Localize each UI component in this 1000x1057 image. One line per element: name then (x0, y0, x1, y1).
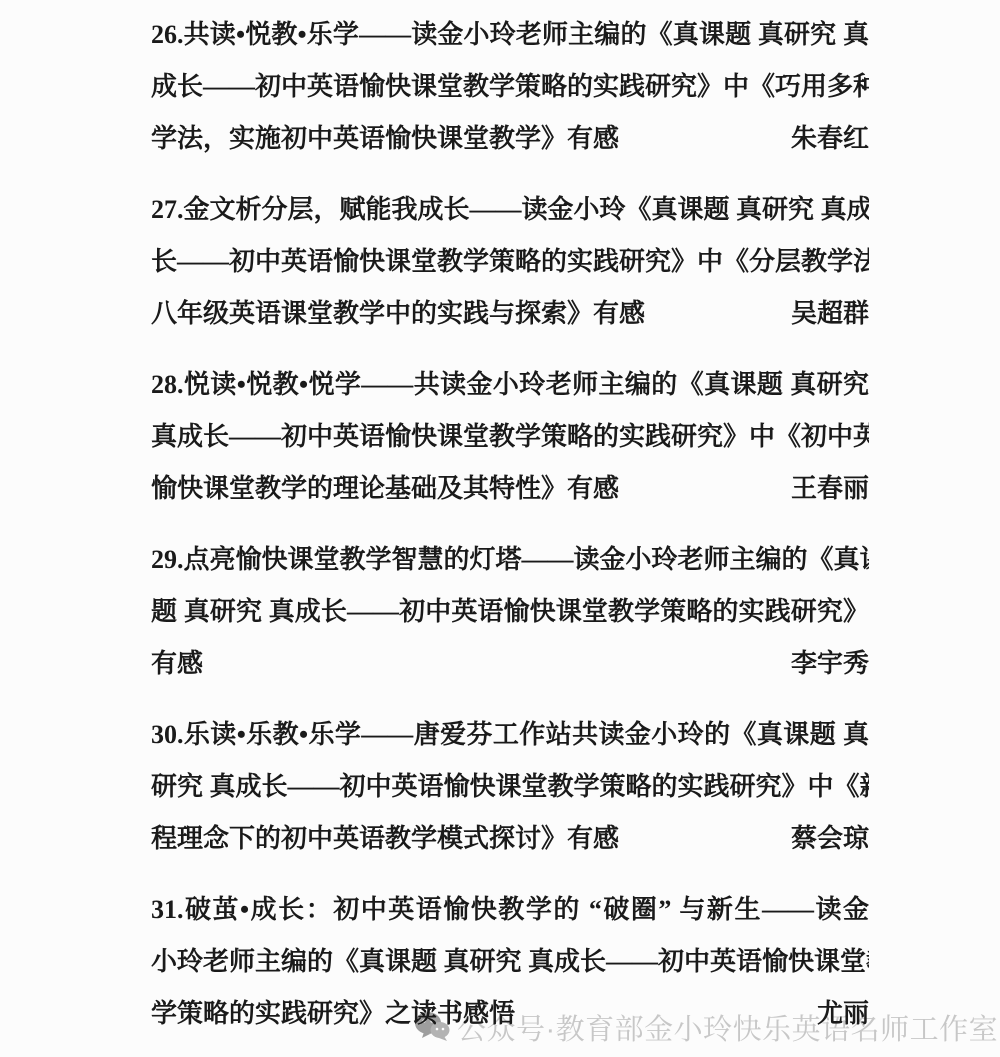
list-item: 26.共读•悦教•乐学——读金小玲老师主编的《真课题 真研究 真成长——初中英语… (151, 9, 869, 165)
entry-line: 28.悦读•悦教•悦学——共读金小玲老师主编的《真课题 真研究 (151, 359, 869, 411)
list-item: 27.金文析分层，赋能我成长——读金小玲《真课题 真研究 真成长——初中英语愉快… (151, 184, 869, 340)
entry-last-line: 程理念下的初中英语教学模式探讨》有感蔡会琼 (151, 813, 869, 865)
list-item: 31.破茧•成长：初中英语愉快教学的 “破圈” 与新生——读金小玲老师主编的《真… (151, 884, 869, 1040)
entry-line: 31.破茧•成长：初中英语愉快教学的 “破圈” 与新生——读金 (151, 884, 869, 936)
entry-last-line: 八年级英语课堂教学中的实践与探索》有感吴超群 (151, 288, 869, 340)
entry-last-line: 学策略的实践研究》之读书感悟尤丽 (151, 988, 869, 1040)
entry-last-line: 学法，实施初中英语愉快课堂教学》有感朱春红 (151, 113, 869, 165)
entry-line: 真成长——初中英语愉快课堂教学策略的实践研究》中《初中英语 (151, 411, 869, 463)
list-item: 30.乐读•乐教•乐学——唐爱芬工作站共读金小玲的《真课题 真研究 真成长——初… (151, 709, 869, 865)
entry-author: 王春丽 (791, 463, 869, 515)
entry-line: 26.共读•悦教•乐学——读金小玲老师主编的《真课题 真研究 真 (151, 9, 869, 61)
entry-title-end: 程理念下的初中英语教学模式探讨》有感 (151, 813, 619, 865)
entries: 26.共读•悦教•乐学——读金小玲老师主编的《真课题 真研究 真成长——初中英语… (151, 9, 869, 1057)
entry-line: 题 真研究 真成长——初中英语愉快课堂教学策略的实践研究》 (151, 586, 869, 638)
entry-line: 小玲老师主编的《真课题 真研究 真成长——初中英语愉快课堂教 (151, 936, 869, 988)
entry-last-line: 愉快课堂教学的理论基础及其特性》有感王春丽 (151, 463, 869, 515)
entry-title-end: 有感 (151, 638, 203, 690)
entry-line: 29.点亮愉快课堂教学智慧的灯塔——读金小玲老师主编的《真课 (151, 534, 869, 586)
entry-line: 研究 真成长——初中英语愉快课堂教学策略的实践研究》中《新课 (151, 761, 869, 813)
entry-line: 成长——初中英语愉快课堂教学策略的实践研究》中《巧用多种教 (151, 61, 869, 113)
entry-author: 李宇秀 (791, 638, 869, 690)
entry-line: 长——初中英语愉快课堂教学策略的实践研究》中《分层教学法在 (151, 236, 869, 288)
entry-line: 27.金文析分层，赋能我成长——读金小玲《真课题 真研究 真成 (151, 184, 869, 236)
entry-author: 朱春红 (791, 113, 869, 165)
entry-author: 尤丽 (817, 988, 869, 1040)
entry-title-end: 愉快课堂教学的理论基础及其特性》有感 (151, 463, 619, 515)
list-item: 28.悦读•悦教•悦学——共读金小玲老师主编的《真课题 真研究真成长——初中英语… (151, 359, 869, 515)
entry-title-end: 学法，实施初中英语愉快课堂教学》有感 (151, 113, 619, 165)
entry-author: 蔡会琼 (791, 813, 869, 865)
document-page: 公众号·教育部金小玲快乐英语名师工作室 26.共读•悦教•乐学——读金小玲老师主… (0, 0, 1000, 1057)
entry-title-end: 八年级英语课堂教学中的实践与探索》有感 (151, 288, 645, 340)
entry-author: 吴超群 (791, 288, 869, 340)
entry-title-end: 学策略的实践研究》之读书感悟 (151, 988, 515, 1040)
list-item: 29.点亮愉快课堂教学智慧的灯塔——读金小玲老师主编的《真课题 真研究 真成长—… (151, 534, 869, 690)
entry-last-line: 有感李宇秀 (151, 638, 869, 690)
entry-line: 30.乐读•乐教•乐学——唐爱芬工作站共读金小玲的《真课题 真 (151, 709, 869, 761)
